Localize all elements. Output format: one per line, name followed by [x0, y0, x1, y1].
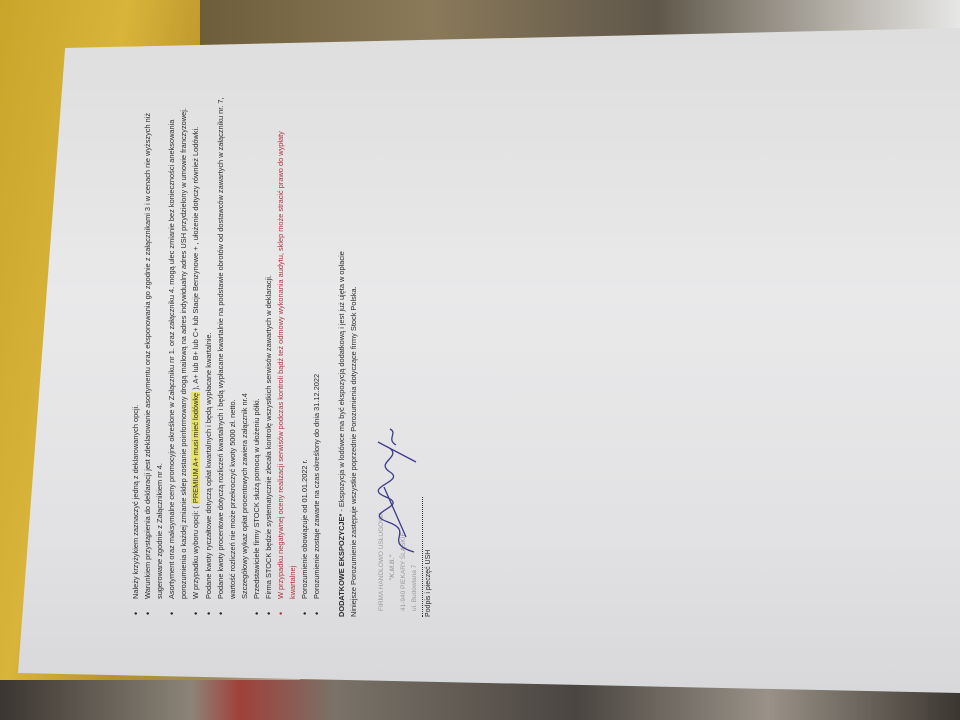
list-item-text: Przedstawiciele firmy STOCK służą pomocą…: [252, 398, 261, 599]
list-item-text: Podane kwoty ryczałtowe dotyczą opłat kw…: [204, 332, 213, 599]
list-item: Asortyment oraz maksymalne ceny promocyj…: [166, 97, 190, 617]
list-item-text: Firma STOCK będzie systematycznie zlecał…: [264, 275, 273, 599]
list-item-text: Asortyment oraz maksymalne ceny promocyj…: [167, 108, 188, 599]
list-item: Szczegółowy wykaz opłat procentowych zaw…: [239, 97, 251, 617]
highlighted-text: PREMIUM A+ musi mieć lodówkę: [191, 392, 200, 504]
list-item: Porozumienie zostaje zawarte na czas okr…: [311, 97, 323, 617]
list-item: Warunkiem przystąpienia do deklaracji je…: [142, 97, 166, 617]
signature-scribble-icon: [376, 427, 420, 557]
list-item: Porozumienie obowiązuje od 01.01.2022 r.: [299, 97, 311, 617]
list-item-warning: W przypadku negatywnej oceny realizacji …: [275, 97, 299, 617]
list-item-text: Porozumienie zostaje zawarte na czas okr…: [312, 374, 321, 599]
list-item-text: W przypadku negatywnej oceny realizacji …: [276, 131, 297, 599]
signature-label: Podpis i pieczęć USH: [423, 97, 435, 617]
declaration-list: Należy krzyżykiem zaznaczyć jedną z dekl…: [130, 97, 324, 617]
extra-exposure-section: DODATKOWE EKSPOZYCJE* - Ekspozycja w lod…: [336, 97, 360, 617]
list-item: W przypadku wyboru opcji: ( PREMIUM A+ m…: [190, 97, 202, 617]
agreement-note: Niniejsze Porozumienie zastępuje wszystk…: [348, 97, 360, 617]
list-item-text: Szczegółowy wykaz opłat procentowych zaw…: [240, 393, 249, 599]
extra-heading: DODATKOWE EKSPOZYCJE*: [337, 514, 346, 617]
list-item-text: Podane kwoty procentowe dotyczą rozlicze…: [216, 97, 237, 599]
list-item-text: ), A+ lub B+ lub C+ lub Stacje Benzynowe…: [191, 127, 200, 392]
list-item-text: Warunkiem przystąpienia do deklaracji je…: [143, 113, 164, 599]
list-item: Podane kwoty procentowe dotyczą rozlicze…: [215, 97, 239, 617]
document-content: Należy krzyżykiem zaznaczyć jedną z dekl…: [130, 97, 435, 617]
list-item: Należy krzyżykiem zaznaczyć jedną z dekl…: [130, 97, 142, 617]
list-item-text: Porozumienie obowiązuje od 01.01.2022 r.: [300, 459, 309, 599]
list-item-text: W przypadku wyboru opcji: (: [191, 504, 200, 599]
list-item: Przedstawiciele firmy STOCK służą pomocą…: [251, 97, 263, 617]
list-item-text: Należy krzyżykiem zaznaczyć jedną z dekl…: [131, 405, 140, 599]
company-stamp: FIRMA HANDLOWO USŁUGOWA "K.M.B." 41-940 …: [376, 97, 420, 617]
list-item: Firma STOCK będzie systematycznie zlecał…: [263, 97, 275, 617]
extra-text: - Ekspozycja w lodówce ma być ekspozycją…: [337, 251, 346, 514]
list-item: Podane kwoty ryczałtowe dotyczą opłat kw…: [203, 97, 215, 617]
